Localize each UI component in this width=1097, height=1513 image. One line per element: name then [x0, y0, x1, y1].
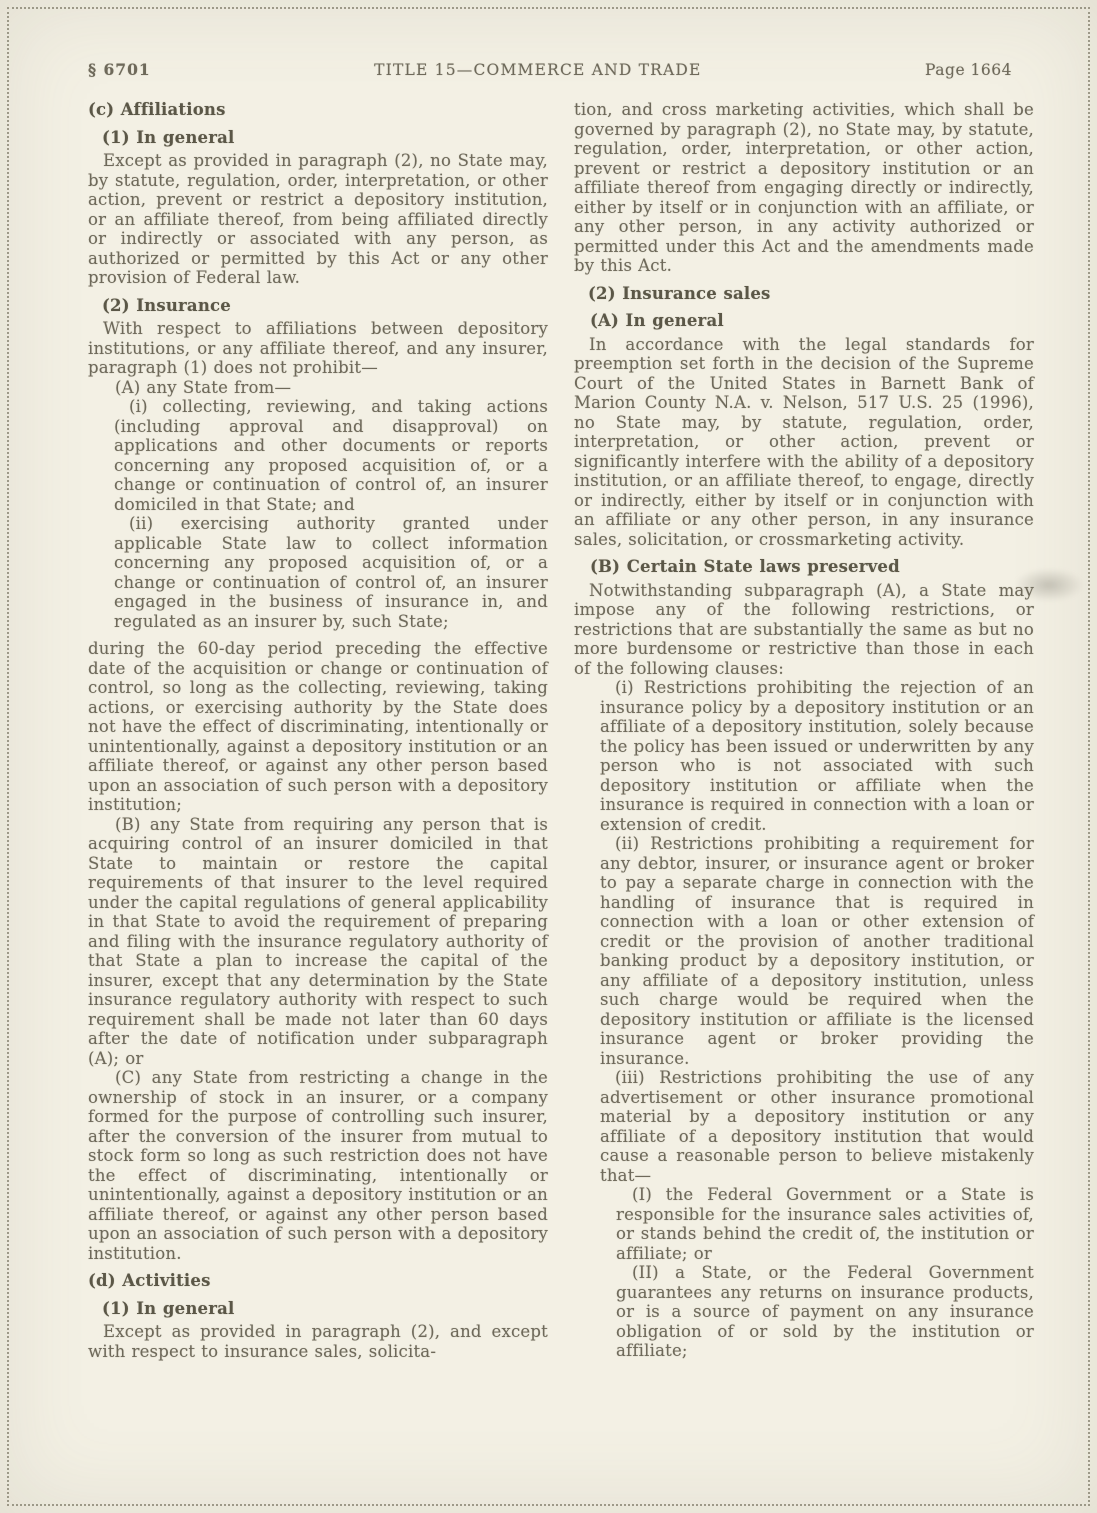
- paragraph: (B) any State from requiring any person …: [88, 815, 548, 1069]
- subsection-heading: (2) Insurance: [102, 296, 548, 316]
- header-page-number: Page 1664: [925, 61, 1012, 79]
- paragraph: Notwithstanding subparagraph (A), a Stat…: [574, 581, 1034, 679]
- header-section-number: § 6701: [88, 60, 151, 79]
- paragraph: (i) Restrictions prohibiting the rejecti…: [600, 678, 1034, 834]
- paragraph: (C) any State from restricting a change …: [88, 1068, 548, 1263]
- paragraph: Except as provided in paragraph (2), and…: [88, 1322, 548, 1361]
- paragraph: (II) a State, or the Federal Government …: [616, 1263, 1034, 1361]
- paragraph: With respect to affiliations between dep…: [88, 319, 548, 378]
- header-title: TITLE 15—COMMERCE AND TRADE: [374, 61, 701, 79]
- section-heading: (d) Activities: [88, 1271, 548, 1291]
- paragraph: (ii) Restrictions prohibiting a requirem…: [600, 834, 1034, 1068]
- paragraph: (A) any State from—: [88, 378, 548, 398]
- paragraph: (ii) exercising authority granted under …: [114, 514, 548, 631]
- paragraph: (iii) Restrictions prohibiting the use o…: [600, 1068, 1034, 1185]
- paragraph: tion, and cross marketing activities, wh…: [574, 100, 1034, 276]
- paragraph: (I) the Federal Government or a State is…: [616, 1185, 1034, 1263]
- subsection-heading: (1) In general: [102, 1299, 548, 1319]
- paragraph-heading: (B) Certain State laws preserved: [590, 557, 1034, 577]
- paragraph: during the 60-day period preceding the e…: [88, 639, 548, 815]
- paragraph: (i) collecting, reviewing, and taking ac…: [114, 397, 548, 514]
- right-column: tion, and cross marketing activities, wh…: [574, 100, 1034, 1361]
- subsection-heading: (1) In general: [102, 128, 548, 148]
- document-body: (c) Affiliations(1) In generalExcept as …: [88, 100, 1034, 1361]
- page: § 6701 TITLE 15—COMMERCE AND TRADE Page …: [0, 0, 1097, 1513]
- left-column: (c) Affiliations(1) In generalExcept as …: [88, 100, 548, 1361]
- paragraph: In accordance with the legal standards f…: [574, 335, 1034, 550]
- paragraph: Except as provided in paragraph (2), no …: [88, 151, 548, 288]
- paragraph-heading: (A) In general: [590, 311, 1034, 331]
- section-heading: (c) Affiliations: [88, 100, 548, 120]
- subsection-heading: (2) Insurance sales: [588, 284, 1034, 304]
- page-header: § 6701 TITLE 15—COMMERCE AND TRADE Page …: [88, 60, 1012, 79]
